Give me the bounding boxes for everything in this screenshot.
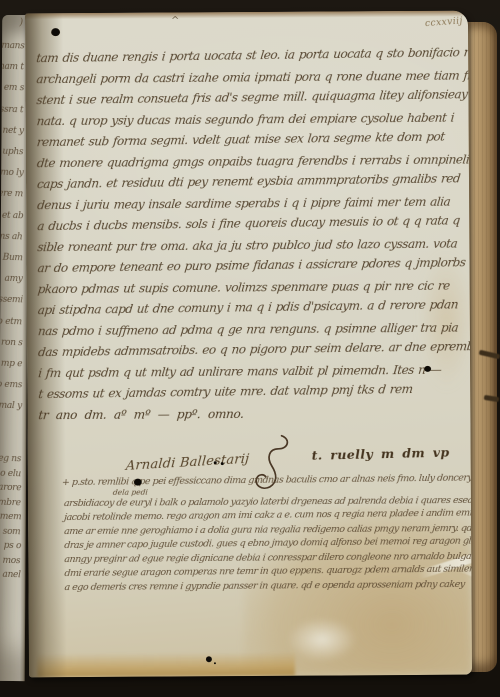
facing-page-text-fragment: mal y bbox=[0, 402, 22, 412]
top-edge-browning bbox=[25, 11, 468, 20]
bottom-edge-stain bbox=[37, 652, 295, 678]
facing-page-text-fragment: mmans bbox=[0, 42, 24, 52]
manuscript-text-line: ar do empore teneant eo puro psime fidan… bbox=[37, 256, 466, 275]
facing-page-text-fragment: ms ah bbox=[0, 232, 23, 242]
worm-hole bbox=[51, 28, 60, 36]
manuscript-text-line: nata. q urop ysiy ducas mais segundo fra… bbox=[36, 112, 455, 129]
ink-speck bbox=[221, 462, 224, 465]
manuscript-text-line: api stipdna capd ut dne comuny i ma q i … bbox=[37, 298, 459, 317]
manuscript-text-line: a ducbs i ducbs mensibs. sols i fine quo… bbox=[37, 214, 461, 233]
facing-page-text-fragment: mo ly bbox=[0, 169, 23, 179]
manuscript-photo: ) mmansnam tem sssra tnet yuphsmo lyere … bbox=[0, 0, 500, 697]
facing-page-text-fragment: som bbox=[3, 527, 21, 536]
manuscript-text-line: nas pdmo i suffmeno ad pdma q ge nra ren… bbox=[37, 322, 458, 339]
facing-page-text-fragment: ere m bbox=[0, 190, 23, 200]
page-curl-mark: ) bbox=[19, 18, 23, 28]
facing-page-text-fragment: mos bbox=[3, 556, 21, 565]
facing-page-text-fragment: anel bbox=[2, 571, 20, 581]
ink-speck bbox=[214, 662, 216, 664]
manuscript-text-line: dte monere quadrigma gmgs onpaibs tuagra… bbox=[36, 154, 470, 171]
manuscript-text-line: pkaoro pdmas ut supis comune. volimzs sp… bbox=[37, 280, 450, 297]
caret-mark: ^ bbox=[171, 16, 179, 26]
facing-page-text-fragment: b etm bbox=[0, 317, 22, 327]
facing-page-text-fragment: em s bbox=[4, 84, 24, 94]
notary-signature: Arnaldi Ballestarij bbox=[125, 453, 250, 473]
manuscript-text-line: stent i sue realm consueta fris ad's seg… bbox=[36, 88, 472, 107]
ink-speck bbox=[214, 461, 217, 464]
manuscript-text-line: das mpidebs admmsatroibs. eo q no pigoro… bbox=[37, 340, 472, 359]
facing-page-text-fragment: uphs bbox=[2, 148, 23, 158]
manuscript-text-line: tam dis duane rengis i porta uocata st l… bbox=[36, 46, 472, 66]
manuscript-text-line: i fm qut psdm q ut mlty ad unlirare mans… bbox=[38, 364, 442, 381]
manuscript-text-line: sible roneant pur tre oma. aka ja ju str… bbox=[37, 238, 458, 255]
facing-page-text-fragment: o ems bbox=[0, 381, 22, 391]
facing-page-text-fragment: net y bbox=[2, 126, 23, 136]
facing-page-text-fragment: mp e bbox=[0, 360, 22, 370]
facing-page-text-fragment: o elu bbox=[0, 469, 21, 479]
facing-page-text-fragment: eg ns bbox=[0, 455, 21, 465]
interlinear-note: dela pedi bbox=[113, 489, 149, 497]
facing-page-text-fragment: ssemi bbox=[0, 296, 22, 306]
ink-blot bbox=[424, 366, 431, 372]
facing-page-text-fragment: Bum bbox=[2, 254, 22, 264]
paper-abrasion bbox=[287, 617, 357, 661]
manuscript-text-line: denus i juriu meay insale sardime sperab… bbox=[37, 196, 451, 213]
facing-page-text-fragment: et ab bbox=[1, 211, 23, 221]
document-2-first-line: + p.sto. remlibi q pe pei effessiccano d… bbox=[61, 473, 472, 488]
facing-page-text-fragment: amy bbox=[4, 275, 22, 285]
facing-page-text-fragment: ssra t bbox=[0, 105, 24, 115]
facing-page-text-fragment: nam t bbox=[0, 63, 24, 73]
signature-annotation: t. ruelly m dm vp bbox=[312, 447, 450, 463]
ink-blot bbox=[134, 479, 142, 486]
manuscript-text-line: caps jandn. et residuu dti pey renemt ey… bbox=[36, 172, 460, 191]
manuscript-text-line: archangeli porm da castri izahe omia ipm… bbox=[36, 69, 472, 86]
facing-page-text-fragment: arore bbox=[0, 484, 21, 494]
facing-page-text-fragment: mem bbox=[0, 513, 21, 523]
ink-blot bbox=[206, 656, 212, 662]
facing-page-text-fragment: ps o bbox=[3, 542, 21, 551]
document-1-date-line: tr ano dm. aº mº — ppº. omno. bbox=[38, 408, 245, 421]
facing-page-text-fragment: mbre bbox=[0, 498, 21, 508]
manuscript-page: ccxxviij ^ tam dis duane rengis i porta … bbox=[25, 11, 472, 678]
facing-page-text-fragment: ron s bbox=[0, 338, 22, 348]
manuscript-text-line: remanet sub forma segmi. vdelt guat mise… bbox=[36, 131, 445, 150]
manuscript-text-line: t essoms ut ex jamdas comtry uite mre. d… bbox=[38, 383, 414, 401]
folio-number: ccxxviij bbox=[425, 17, 463, 29]
